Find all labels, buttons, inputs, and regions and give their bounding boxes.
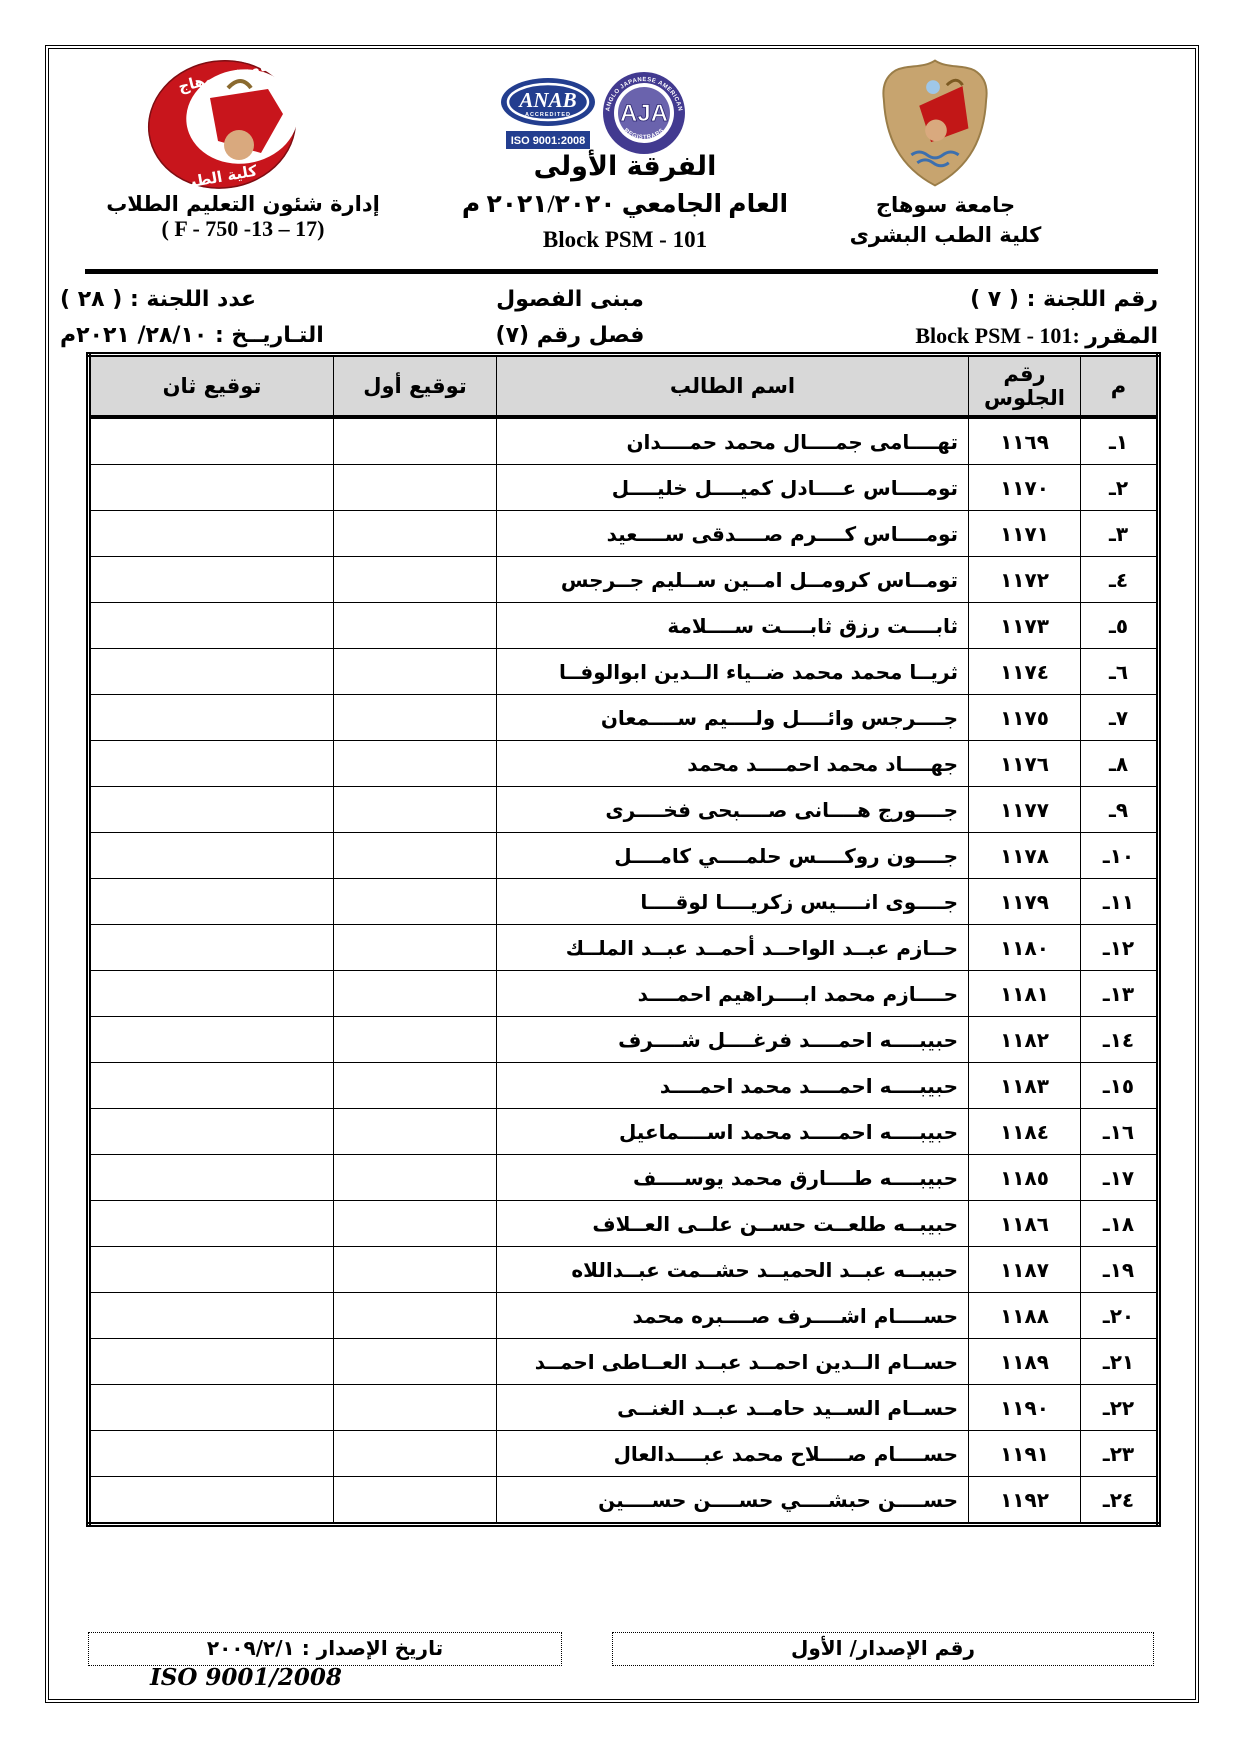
- table-header-row: م رقم الجلوس اسم الطالب توقيع أول توقيع …: [89, 355, 1159, 418]
- second-signature-cell: [89, 557, 334, 603]
- committee-number: رقم اللجنة : ( ٧ ): [750, 282, 1158, 318]
- second-signature-cell: [89, 925, 334, 971]
- index-cell: ١٤ـ: [1081, 1017, 1159, 1063]
- table-row: ٢١ـ١١٨٩حســام الــدين احمــد عبــد العــ…: [89, 1339, 1159, 1385]
- seat-number-cell: ١١٨٩: [969, 1339, 1081, 1385]
- first-signature-cell: [334, 971, 497, 1017]
- student-name-cell: ثابــــت رزق ثابــــت ســــلامة: [497, 603, 969, 649]
- academic-year: العام الجامعي ٢٠٢١/٢٠٢٠ م: [430, 186, 820, 223]
- block-course-title: Block PSM - 101: [430, 223, 820, 257]
- second-signature-cell: [89, 1109, 334, 1155]
- first-signature-cell: [334, 1431, 497, 1477]
- committee-info-left: عدد اللجنة : ( ٢٨ ) التـاريــخ : ٢٨/١٠/ …: [60, 282, 430, 354]
- seat-number-cell: ١١٩٢: [969, 1477, 1081, 1525]
- student-name-cell: جــــون روكــــس حلمــــي كامــــل: [497, 833, 969, 879]
- first-signature-cell: [334, 1017, 497, 1063]
- issue-date-box: تاريخ الإصدار : ٢٠٠٩/٢/١: [88, 1632, 562, 1666]
- second-signature-cell: [89, 1063, 334, 1109]
- students-tbody: ١ـ١١٦٩تهــــامى جمــــال محمد حمــــدان٢…: [89, 417, 1159, 1525]
- exam-date: التـاريــخ : ٢٨/١٠/ ٢٠٢١م: [60, 318, 430, 354]
- seat-number-cell: ١١٦٩: [969, 417, 1081, 465]
- index-cell: ٢ـ: [1081, 465, 1159, 511]
- table-row: ١٣ـ١١٨١حــــازم محمد ابــــراهيم احمــــ…: [89, 971, 1159, 1017]
- first-signature-cell: [334, 1293, 497, 1339]
- anab-accredited-text: ACCREDITED: [525, 112, 571, 118]
- seat-number-cell: ١١٧٩: [969, 879, 1081, 925]
- first-signature-cell: [334, 557, 497, 603]
- first-signature-cell: [334, 1109, 497, 1155]
- student-name-cell: تومــــاس كــــرم صــــدقى ســــعيد: [497, 511, 969, 557]
- header-seat-number: رقم الجلوس: [969, 355, 1081, 418]
- seat-number-cell: ١١٧٤: [969, 649, 1081, 695]
- student-name-cell: حبيبــــه احمــــد محمد احمــــد: [497, 1063, 969, 1109]
- issue-number-box: رقم الإصدار/ الأول: [612, 1632, 1154, 1666]
- second-signature-cell: [89, 511, 334, 557]
- department-line: إدارة شئون التعليم الطلاب: [88, 192, 398, 216]
- table-row: ٢٣ـ١١٩١حســــام صــــلاح محمد عبــــدالع…: [89, 1431, 1159, 1477]
- first-signature-cell: [334, 741, 497, 787]
- second-signature-cell: [89, 465, 334, 511]
- course-name: المقرر :Block PSM - 101: [750, 318, 1158, 354]
- student-name-cell: حبيبــــه احمــــد محمد اســــماعيل: [497, 1109, 969, 1155]
- student-name-cell: ثريــا محمد محمد ضــياء الــدين ابوالوفـ…: [497, 649, 969, 695]
- table-row: ٣ـ١١٧١تومــــاس كــــرم صــــدقى ســــعي…: [89, 511, 1159, 557]
- seat-number-cell: ١١٩١: [969, 1431, 1081, 1477]
- seat-number-cell: ١١٨٠: [969, 925, 1081, 971]
- iso-standard-note: ISO 9001/2008: [150, 1664, 342, 1691]
- first-signature-cell: [334, 511, 497, 557]
- first-signature-cell: [334, 1339, 497, 1385]
- seat-number-cell: ١١٨٤: [969, 1109, 1081, 1155]
- student-name-cell: جــــرجس وائــــل ولــــيم ســــمعان: [497, 695, 969, 741]
- second-signature-cell: [89, 417, 334, 465]
- second-signature-cell: [89, 1155, 334, 1201]
- table-row: ٥ـ١١٧٣ثابــــت رزق ثابــــت ســــلامة: [89, 603, 1159, 649]
- committee-info-center: مبنى الفصول فصل رقم (٧): [440, 282, 700, 354]
- student-name-cell: حســام الــدين احمــد عبــد العــاطى احم…: [497, 1339, 969, 1385]
- index-cell: ١٩ـ: [1081, 1247, 1159, 1293]
- first-signature-cell: [334, 1155, 497, 1201]
- second-signature-cell: [89, 1017, 334, 1063]
- committee-info-right: رقم اللجنة : ( ٧ ) المقرر :Block PSM - 1…: [750, 282, 1158, 354]
- second-signature-cell: [89, 1247, 334, 1293]
- first-signature-cell: [334, 465, 497, 511]
- table-row: ١٩ـ١١٨٧حبيبــه عبــد الحميــد حشــمت عبـ…: [89, 1247, 1159, 1293]
- room-number: فصل رقم (٧): [440, 318, 700, 354]
- second-signature-cell: [89, 787, 334, 833]
- table-row: ١٦ـ١١٨٤حبيبــــه احمــــد محمد اســــماع…: [89, 1109, 1159, 1155]
- seat-number-cell: ١١٧٧: [969, 787, 1081, 833]
- anab-iso-text: ISO 9001:2008: [511, 135, 586, 147]
- student-name-cell: تهــــامى جمــــال محمد حمــــدان: [497, 417, 969, 465]
- student-name-cell: حســــام اشــــرف صــــبره محمد: [497, 1293, 969, 1339]
- index-cell: ١٦ـ: [1081, 1109, 1159, 1155]
- first-signature-cell: [334, 1201, 497, 1247]
- second-signature-cell: [89, 1293, 334, 1339]
- student-name-cell: حبيبــه عبــد الحميــد حشــمت عبــداللاه: [497, 1247, 969, 1293]
- seat-number-cell: ١١٧٦: [969, 741, 1081, 787]
- first-signature-cell: [334, 1247, 497, 1293]
- header-second-signature: توقيع ثان: [89, 355, 334, 418]
- student-name-cell: جهــــاد محمد احمــــد محمد: [497, 741, 969, 787]
- second-signature-cell: [89, 1201, 334, 1247]
- index-cell: ٨ـ: [1081, 741, 1159, 787]
- first-signature-cell: [334, 1063, 497, 1109]
- index-cell: ١٧ـ: [1081, 1155, 1159, 1201]
- table-row: ٤ـ١١٧٢تومــاس كرومــل امــين ســليم جــر…: [89, 557, 1159, 603]
- table-row: ٦ـ١١٧٤ثريــا محمد محمد ضــياء الــدين اب…: [89, 649, 1159, 695]
- first-signature-cell: [334, 925, 497, 971]
- index-cell: ٢٢ـ: [1081, 1385, 1159, 1431]
- table-row: ٧ـ١١٧٥جــــرجس وائــــل ولــــيم ســــمع…: [89, 695, 1159, 741]
- index-cell: ٣ـ: [1081, 511, 1159, 557]
- second-signature-cell: [89, 879, 334, 925]
- student-name-cell: جــــورج هــــانى صــــبحى فخــــرى: [497, 787, 969, 833]
- index-cell: ٦ـ: [1081, 649, 1159, 695]
- header-student-name: اسم الطالب: [497, 355, 969, 418]
- student-roster-table: م رقم الجلوس اسم الطالب توقيع أول توقيع …: [86, 352, 1161, 1527]
- first-signature-cell: [334, 649, 497, 695]
- first-signature-cell: [334, 1477, 497, 1525]
- index-cell: ١٣ـ: [1081, 971, 1159, 1017]
- table-row: ١١ـ١١٧٩جــــوى انــــيس زكريــــا لوقـــ…: [89, 879, 1159, 925]
- aja-logo: ANGLO JAPANESE AMERICAN REGISTRARS AJA: [601, 70, 687, 156]
- seat-number-cell: ١١٨٦: [969, 1201, 1081, 1247]
- index-cell: ١١ـ: [1081, 879, 1159, 925]
- grade-title: الفرقة الأولى: [430, 148, 820, 186]
- table-row: ١٧ـ١١٨٥حبيبــــه طــــارق محمد يوســــف: [89, 1155, 1159, 1201]
- student-name-cell: حبيبــــه احمــــد فرغــــل شــــرف: [497, 1017, 969, 1063]
- seat-number-cell: ١١٨٧: [969, 1247, 1081, 1293]
- first-signature-cell: [334, 833, 497, 879]
- second-signature-cell: [89, 833, 334, 879]
- seat-number-cell: ١١٩٠: [969, 1385, 1081, 1431]
- aja-name-text: AJA: [620, 100, 668, 127]
- index-cell: ١٨ـ: [1081, 1201, 1159, 1247]
- index-cell: ١٢ـ: [1081, 925, 1159, 971]
- first-signature-cell: [334, 787, 497, 833]
- second-signature-cell: [89, 1385, 334, 1431]
- index-cell: ٩ـ: [1081, 787, 1159, 833]
- seat-number-cell: ١١٧٣: [969, 603, 1081, 649]
- second-signature-cell: [89, 971, 334, 1017]
- table-row: ١ـ١١٦٩تهــــامى جمــــال محمد حمــــدان: [89, 417, 1159, 465]
- table-row: ٢٢ـ١١٩٠حســام الســيد حامــد عبــد الغنـ…: [89, 1385, 1159, 1431]
- table-row: ٢ـ١١٧٠تومــــاس عــــادل كميــــل خليـــ…: [89, 465, 1159, 511]
- second-signature-cell: [89, 1477, 334, 1525]
- index-cell: ١ـ: [1081, 417, 1159, 465]
- seat-number-cell: ١١٨٢: [969, 1017, 1081, 1063]
- university-name: جامعة سوهاج: [828, 190, 1063, 220]
- faculty-shield-logo: [876, 56, 994, 190]
- student-name-cell: حســام الســيد حامــد عبــد الغنــى: [497, 1385, 969, 1431]
- university-title-block: جامعة سوهاج كلية الطب البشرى: [828, 190, 1063, 250]
- student-name-cell: جــــوى انــــيس زكريــــا لوقــــا: [497, 879, 969, 925]
- first-signature-cell: [334, 417, 497, 465]
- header-first-signature: توقيع أول: [334, 355, 497, 418]
- department-title-block: إدارة شئون التعليم الطلاب ( F - 750 -13 …: [88, 192, 398, 242]
- student-name-cell: تومــاس كرومــل امــين ســليم جــرجس: [497, 557, 969, 603]
- seat-number-cell: ١١٧٢: [969, 557, 1081, 603]
- student-name-cell: حســــام صــــلاح محمد عبــــدالعال: [497, 1431, 969, 1477]
- form-code: ( F - 750 -13 – 17): [88, 216, 398, 242]
- table-row: ٢٠ـ١١٨٨حســــام اشــــرف صــــبره محمد: [89, 1293, 1159, 1339]
- first-signature-cell: [334, 1385, 497, 1431]
- student-name-cell: حســــن حبشــــي حســــن حســــين: [497, 1477, 969, 1525]
- pharaoh-face-shape: [224, 130, 254, 160]
- faculty-name: كلية الطب البشرى: [828, 220, 1063, 250]
- first-signature-cell: [334, 879, 497, 925]
- index-cell: ١٥ـ: [1081, 1063, 1159, 1109]
- second-signature-cell: [89, 741, 334, 787]
- second-signature-cell: [89, 649, 334, 695]
- table-row: ٢٤ـ١١٩٢حســــن حبشــــي حســــن حســــين: [89, 1477, 1159, 1525]
- first-signature-cell: [334, 695, 497, 741]
- header-divider-rule: [85, 269, 1158, 274]
- seat-number-cell: ١١٧١: [969, 511, 1081, 557]
- first-signature-cell: [334, 603, 497, 649]
- university-crescent-logo: جامعة سوهاج كلية الطب: [140, 56, 315, 196]
- header-index: م: [1081, 355, 1159, 418]
- document-title-block: الفرقة الأولى العام الجامعي ٢٠٢١/٢٠٢٠ م …: [430, 148, 820, 257]
- student-name-cell: حــــازم محمد ابــــراهيم احمــــد: [497, 971, 969, 1017]
- student-name-cell: حبيبــه طلعــت حســن علــى العــلاف: [497, 1201, 969, 1247]
- seat-number-cell: ١١٨٣: [969, 1063, 1081, 1109]
- table-row: ١٨ـ١١٨٦حبيبــه طلعــت حســن علــى العــل…: [89, 1201, 1159, 1247]
- seat-number-cell: ١١٧٠: [969, 465, 1081, 511]
- anab-logo: ANAB ACCREDITED ISO 9001:2008: [498, 76, 598, 152]
- index-cell: ٢١ـ: [1081, 1339, 1159, 1385]
- table-row: ٩ـ١١٧٧جــــورج هــــانى صــــبحى فخــــر…: [89, 787, 1159, 833]
- index-cell: ٢٠ـ: [1081, 1293, 1159, 1339]
- student-name-cell: حــازم عبــد الواحــد أحمــد عبــد الملـ…: [497, 925, 969, 971]
- seat-number-cell: ١١٧٥: [969, 695, 1081, 741]
- table-row: ١٥ـ١١٨٣حبيبــــه احمــــد محمد احمــــد: [89, 1063, 1159, 1109]
- student-name-cell: حبيبــــه طــــارق محمد يوســــف: [497, 1155, 969, 1201]
- second-signature-cell: [89, 695, 334, 741]
- second-signature-cell: [89, 1431, 334, 1477]
- table-row: ١٢ـ١١٨٠حــازم عبــد الواحــد أحمــد عبــ…: [89, 925, 1159, 971]
- index-cell: ٥ـ: [1081, 603, 1159, 649]
- index-cell: ٤ـ: [1081, 557, 1159, 603]
- table-row: ١٠ـ١١٧٨جــــون روكــــس حلمــــي كامــــ…: [89, 833, 1159, 879]
- index-cell: ٧ـ: [1081, 695, 1159, 741]
- student-name-cell: تومــــاس عــــادل كميــــل خليــــل: [497, 465, 969, 511]
- second-signature-cell: [89, 603, 334, 649]
- seat-number-cell: ١١٨٥: [969, 1155, 1081, 1201]
- table-row: ١٤ـ١١٨٢حبيبــــه احمــــد فرغــــل شــــ…: [89, 1017, 1159, 1063]
- index-cell: ٢٣ـ: [1081, 1431, 1159, 1477]
- table-row: ٨ـ١١٧٦جهــــاد محمد احمــــد محمد: [89, 741, 1159, 787]
- building-name: مبنى الفصول: [440, 282, 700, 318]
- second-signature-cell: [89, 1339, 334, 1385]
- index-cell: ٢٤ـ: [1081, 1477, 1159, 1525]
- committee-count: عدد اللجنة : ( ٢٨ ): [60, 282, 430, 318]
- seat-number-cell: ١١٨١: [969, 971, 1081, 1017]
- index-cell: ١٠ـ: [1081, 833, 1159, 879]
- seat-number-cell: ١١٨٨: [969, 1293, 1081, 1339]
- seat-number-cell: ١١٧٨: [969, 833, 1081, 879]
- anab-name-text: ANAB: [517, 88, 576, 112]
